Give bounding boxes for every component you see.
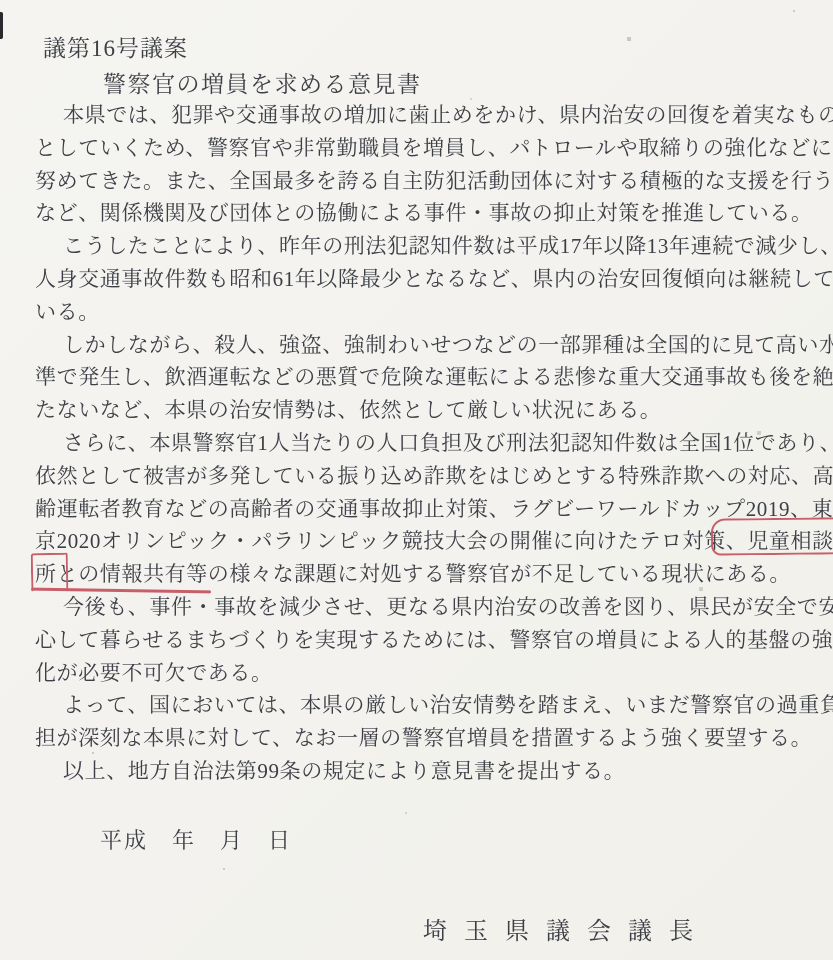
document-line: としていくため、警察官や非常勤職員を増員し、パトロールや取締りの強化などに [35,132,827,165]
document-line: など、関係機関及び団体との協働による事件・事故の抑止対策を推進している。 [35,197,827,230]
document-line: たないなど、本県の治安情勢は、依然として厳しい状況にある。 [35,394,827,427]
document-subtitle: 警察官の増員を求める意見書 [103,66,422,99]
document-line: しかしながら、殺人、強盗、強制わいせつなどの一部罪種は全国的に見て高い水 [35,329,827,362]
document-title: 議第16号議案 [43,30,188,63]
document-line: 準で発生し、飲酒運転などの悪質で危険な運転による悲惨な重大交通事故も後を絶 [35,361,827,394]
signature-saitama-assembly-chairman: 埼玉県議会議長 [423,911,710,946]
document-line: 所との情報共有等の様々な課題に対処する警察官が不足している現状にある。 [35,558,827,591]
document-line: よって、国においては、本県の厳しい治安情勢を踏まえ、いまだ警察官の過重負 [35,689,827,722]
scanned-document-page: 議第16号議案 警察官の増員を求める意見書 本県では、犯罪や交通事故の増加に歯止… [0,0,833,960]
scan-noise-speckles [0,0,2,2]
scan-edge-artifact [0,12,3,39]
document-line: こうしたことにより、昨年の刑法犯認知件数は平成17年以降13年連続で減少し、 [35,230,827,263]
document-line: 齢運転者教育などの高齢者の交通事故抑止対策、ラグビーワールドカップ2019、東 [35,493,827,526]
document-line: 心して暮らせるまちづくりを実現するためには、警察官の増員による人的基盤の強 [35,624,827,657]
document-line: 化が必要不可欠である。 [35,657,827,690]
document-line: 以上、地方自治法第99条の規定により意見書を提出する。 [35,755,827,788]
document-line: 担が深刻な本県に対して、なお一層の警察官増員を措置するよう強く要望する。 [35,722,827,755]
red-circle-annotation-sho [31,553,69,592]
document-line: 依然として被害が多発している振り込め詐欺をはじめとする特殊詐欺への対応、高 [35,460,827,493]
document-line: 京2020オリンピック・パラリンピック競技大会の開催に向けたテロ対策、児童相談 [35,525,827,558]
document-line: 努めてきた。また、全国最多を誇る自主防犯活動団体に対する積極的な支援を行う [35,165,827,198]
red-circle-annotation-jido-sodan [711,517,833,555]
document-line: いる。 [35,296,827,329]
document-line: 人身交通事故件数も昭和61年以降最少となるなど、県内の治安回復傾向は継続して [35,263,827,296]
document-body: 本県では、犯罪や交通事故の増加に歯止めをかけ、県内治安の回復を着実なもの として… [35,99,827,788]
document-line: さらに、本県警察官1人当たりの人口負担及び刑法犯認知件数は全国1位であり、 [35,427,827,460]
document-line: 本県では、犯罪や交通事故の増加に歯止めをかけ、県内治安の回復を着実なもの [35,99,827,132]
document-line: 今後も、事件・事故を減少させ、更なる県内治安の改善を図り、県民が安全で安 [35,591,827,624]
date-line: 平成 年 月 日 [100,824,292,855]
